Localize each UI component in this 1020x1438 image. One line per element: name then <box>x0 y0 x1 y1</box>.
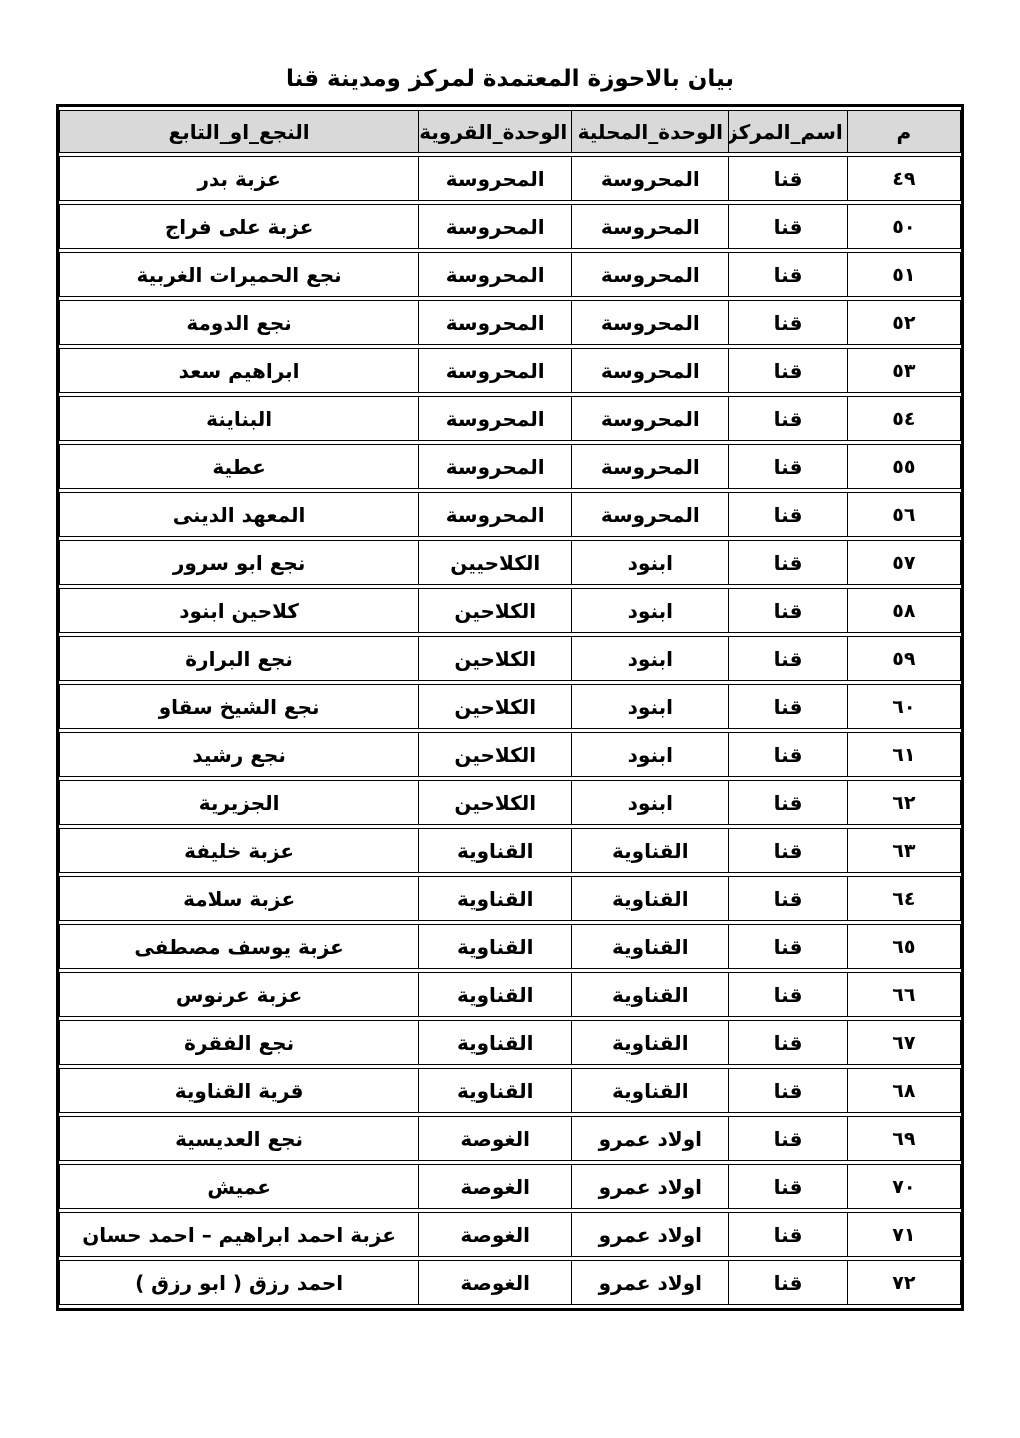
cell-village-unit: المحروسة <box>418 156 571 201</box>
cell-local-unit: المحروسة <box>571 252 728 297</box>
cell-local-unit: المحروسة <box>571 396 728 441</box>
header-village-unit: الوحدة_القروية <box>418 110 571 153</box>
cell-serial: ٥٦ <box>847 492 961 537</box>
cell-serial: ٧٢ <box>847 1260 961 1305</box>
cell-serial: ٦٨ <box>847 1068 961 1113</box>
table-row: ٥٨قناابنودالكلاحينكلاحين ابنود <box>59 588 961 633</box>
table-row: ٥٥قناالمحروسةالمحروسةعطية <box>59 444 961 489</box>
cell-local-unit: ابنود <box>571 780 728 825</box>
cell-local-unit: ابنود <box>571 684 728 729</box>
cell-center-name: قنا <box>728 540 846 585</box>
cell-village-unit: القناوية <box>418 972 571 1017</box>
cell-hamlet: عزبة يوسف مصطفى <box>59 924 418 969</box>
cell-local-unit: المحروسة <box>571 348 728 393</box>
table-row: ٦٧قناالقناويةالقناويةنجع الفقرة <box>59 1020 961 1065</box>
cell-village-unit: الكلاحيين <box>418 540 571 585</box>
table-row: ٦٠قناابنودالكلاحيننجع الشيخ سقاو <box>59 684 961 729</box>
cell-hamlet: نجع الفقرة <box>59 1020 418 1065</box>
cell-hamlet: عطية <box>59 444 418 489</box>
cell-hamlet: نجع الشيخ سقاو <box>59 684 418 729</box>
cell-center-name: قنا <box>728 780 846 825</box>
cell-local-unit: المحروسة <box>571 204 728 249</box>
cell-hamlet: عزبة عرنوس <box>59 972 418 1017</box>
cell-local-unit: القناوية <box>571 1020 728 1065</box>
cell-village-unit: الكلاحين <box>418 636 571 681</box>
cell-hamlet: كلاحين ابنود <box>59 588 418 633</box>
cell-village-unit: الغوصة <box>418 1164 571 1209</box>
cell-local-unit: المحروسة <box>571 300 728 345</box>
cell-serial: ٦٢ <box>847 780 961 825</box>
table-row: ٦٩قنااولاد عمروالغوصةنجع العديسية <box>59 1116 961 1161</box>
table-row: ٦٦قناالقناويةالقناويةعزبة عرنوس <box>59 972 961 1017</box>
table-row: ٥٤قناالمحروسةالمحروسةالبناينة <box>59 396 961 441</box>
cell-center-name: قنا <box>728 300 846 345</box>
cell-local-unit: المحروسة <box>571 444 728 489</box>
cell-serial: ٥٥ <box>847 444 961 489</box>
table-row: ٧١قنااولاد عمروالغوصةعزبة احمد ابراهيم –… <box>59 1212 961 1257</box>
cell-village-unit: الغوصة <box>418 1116 571 1161</box>
cell-hamlet: نجع الدومة <box>59 300 418 345</box>
cell-village-unit: الكلاحين <box>418 780 571 825</box>
cell-serial: ٥٩ <box>847 636 961 681</box>
cell-center-name: قنا <box>728 1068 846 1113</box>
header-local-unit: الوحدة_المحلية <box>571 110 728 153</box>
cell-village-unit: المحروسة <box>418 252 571 297</box>
cell-hamlet: عزبة خليفة <box>59 828 418 873</box>
table-row: ٥٠قناالمحروسةالمحروسةعزبة على فراج <box>59 204 961 249</box>
cell-hamlet: الجزيرية <box>59 780 418 825</box>
districts-table: م اسم_المركز الوحدة_المحلية الوحدة_القرو… <box>56 104 964 1311</box>
cell-local-unit: ابنود <box>571 588 728 633</box>
cell-serial: ٥٤ <box>847 396 961 441</box>
table-row: ٧٢قنااولاد عمروالغوصةاحمد رزق ( ابو رزق … <box>59 1260 961 1305</box>
cell-local-unit: ابنود <box>571 636 728 681</box>
cell-center-name: قنا <box>728 828 846 873</box>
table-row: ٦٥قناالقناويةالقناويةعزبة يوسف مصطفى <box>59 924 961 969</box>
cell-serial: ٦٥ <box>847 924 961 969</box>
cell-village-unit: الغوصة <box>418 1212 571 1257</box>
cell-hamlet: عزبة احمد ابراهيم – احمد حسان <box>59 1212 418 1257</box>
table-row: ٦٣قناالقناويةالقناويةعزبة خليفة <box>59 828 961 873</box>
table-row: ٥٦قناالمحروسةالمحروسةالمعهد الدينى <box>59 492 961 537</box>
cell-local-unit: القناوية <box>571 828 728 873</box>
cell-center-name: قنا <box>728 588 846 633</box>
header-center-name: اسم_المركز <box>728 110 846 153</box>
cell-local-unit: ابنود <box>571 732 728 777</box>
cell-local-unit: ابنود <box>571 540 728 585</box>
table-row: ٥٧قناابنودالكلاحييننجع ابو سرور <box>59 540 961 585</box>
cell-center-name: قنا <box>728 636 846 681</box>
table-row: ٥٩قناابنودالكلاحيننجع البرارة <box>59 636 961 681</box>
table-row: ٥٢قناالمحروسةالمحروسةنجع الدومة <box>59 300 961 345</box>
cell-center-name: قنا <box>728 924 846 969</box>
table-row: ٦٨قناالقناويةالقناويةقرية القناوية <box>59 1068 961 1113</box>
cell-serial: ٥٢ <box>847 300 961 345</box>
table-row: ٤٩قناالمحروسةالمحروسةعزبة بدر <box>59 156 961 201</box>
cell-serial: ٤٩ <box>847 156 961 201</box>
cell-local-unit: اولاد عمرو <box>571 1260 728 1305</box>
cell-local-unit: المحروسة <box>571 492 728 537</box>
cell-hamlet: نجع رشيد <box>59 732 418 777</box>
cell-center-name: قنا <box>728 1020 846 1065</box>
cell-village-unit: الكلاحين <box>418 732 571 777</box>
cell-serial: ٦٠ <box>847 684 961 729</box>
cell-hamlet: نجع البرارة <box>59 636 418 681</box>
cell-village-unit: القناوية <box>418 876 571 921</box>
table-row: ٧٠قنااولاد عمروالغوصةعميش <box>59 1164 961 1209</box>
table-row: ٥١قناالمحروسةالمحروسةنجع الحميرات الغربي… <box>59 252 961 297</box>
cell-hamlet: قرية القناوية <box>59 1068 418 1113</box>
cell-serial: ٦٤ <box>847 876 961 921</box>
cell-local-unit: اولاد عمرو <box>571 1164 728 1209</box>
cell-center-name: قنا <box>728 444 846 489</box>
cell-serial: ٦٦ <box>847 972 961 1017</box>
table-row: ٦٢قناابنودالكلاحينالجزيرية <box>59 780 961 825</box>
cell-hamlet: عميش <box>59 1164 418 1209</box>
cell-center-name: قنا <box>728 156 846 201</box>
cell-village-unit: الكلاحين <box>418 684 571 729</box>
cell-serial: ٧٠ <box>847 1164 961 1209</box>
cell-serial: ٦١ <box>847 732 961 777</box>
header-hamlet: النجع_او_التابع <box>59 110 418 153</box>
cell-serial: ٦٧ <box>847 1020 961 1065</box>
cell-hamlet: ابراهيم سعد <box>59 348 418 393</box>
cell-hamlet: المعهد الدينى <box>59 492 418 537</box>
cell-serial: ٦٩ <box>847 1116 961 1161</box>
cell-hamlet: عزبة بدر <box>59 156 418 201</box>
table-row: ٦٤قناالقناويةالقناويةعزبة سلامة <box>59 876 961 921</box>
cell-center-name: قنا <box>728 396 846 441</box>
cell-hamlet: احمد رزق ( ابو رزق ) <box>59 1260 418 1305</box>
cell-local-unit: اولاد عمرو <box>571 1212 728 1257</box>
cell-hamlet: نجع العديسية <box>59 1116 418 1161</box>
cell-center-name: قنا <box>728 1212 846 1257</box>
cell-center-name: قنا <box>728 1260 846 1305</box>
cell-local-unit: القناوية <box>571 972 728 1017</box>
cell-serial: ٥٣ <box>847 348 961 393</box>
cell-hamlet: نجع ابو سرور <box>59 540 418 585</box>
cell-local-unit: القناوية <box>571 1068 728 1113</box>
cell-serial: ٥٨ <box>847 588 961 633</box>
table-header-row: م اسم_المركز الوحدة_المحلية الوحدة_القرو… <box>59 110 961 153</box>
cell-village-unit: الغوصة <box>418 1260 571 1305</box>
cell-center-name: قنا <box>728 1116 846 1161</box>
header-serial: م <box>847 110 961 153</box>
document-title: بيان بالاحوزة المعتمدة لمركز ومدينة قنا <box>0 66 1020 92</box>
cell-local-unit: اولاد عمرو <box>571 1116 728 1161</box>
cell-center-name: قنا <box>728 732 846 777</box>
cell-center-name: قنا <box>728 1164 846 1209</box>
cell-center-name: قنا <box>728 876 846 921</box>
cell-local-unit: المحروسة <box>571 156 728 201</box>
cell-village-unit: القناوية <box>418 828 571 873</box>
cell-serial: ٥٠ <box>847 204 961 249</box>
cell-serial: ٥٧ <box>847 540 961 585</box>
cell-village-unit: المحروسة <box>418 396 571 441</box>
cell-center-name: قنا <box>728 684 846 729</box>
table-row: ٦١قناابنودالكلاحيننجع رشيد <box>59 732 961 777</box>
cell-village-unit: القناوية <box>418 1020 571 1065</box>
cell-serial: ٥١ <box>847 252 961 297</box>
cell-center-name: قنا <box>728 204 846 249</box>
document-page: بيان بالاحوزة المعتمدة لمركز ومدينة قنا … <box>0 0 1020 1438</box>
cell-center-name: قنا <box>728 348 846 393</box>
cell-hamlet: نجع الحميرات الغربية <box>59 252 418 297</box>
cell-village-unit: المحروسة <box>418 300 571 345</box>
cell-village-unit: المحروسة <box>418 204 571 249</box>
table-body: ٤٩قناالمحروسةالمحروسةعزبة بدر٥٠قناالمحرو… <box>59 156 961 1305</box>
cell-hamlet: عزبة سلامة <box>59 876 418 921</box>
cell-hamlet: عزبة على فراج <box>59 204 418 249</box>
cell-local-unit: القناوية <box>571 924 728 969</box>
cell-village-unit: القناوية <box>418 924 571 969</box>
cell-village-unit: المحروسة <box>418 444 571 489</box>
cell-local-unit: القناوية <box>571 876 728 921</box>
cell-village-unit: الكلاحين <box>418 588 571 633</box>
table-row: ٥٣قناالمحروسةالمحروسةابراهيم سعد <box>59 348 961 393</box>
cell-village-unit: المحروسة <box>418 492 571 537</box>
cell-serial: ٦٣ <box>847 828 961 873</box>
cell-center-name: قنا <box>728 252 846 297</box>
cell-serial: ٧١ <box>847 1212 961 1257</box>
cell-village-unit: القناوية <box>418 1068 571 1113</box>
cell-village-unit: المحروسة <box>418 348 571 393</box>
cell-center-name: قنا <box>728 492 846 537</box>
cell-center-name: قنا <box>728 972 846 1017</box>
cell-hamlet: البناينة <box>59 396 418 441</box>
